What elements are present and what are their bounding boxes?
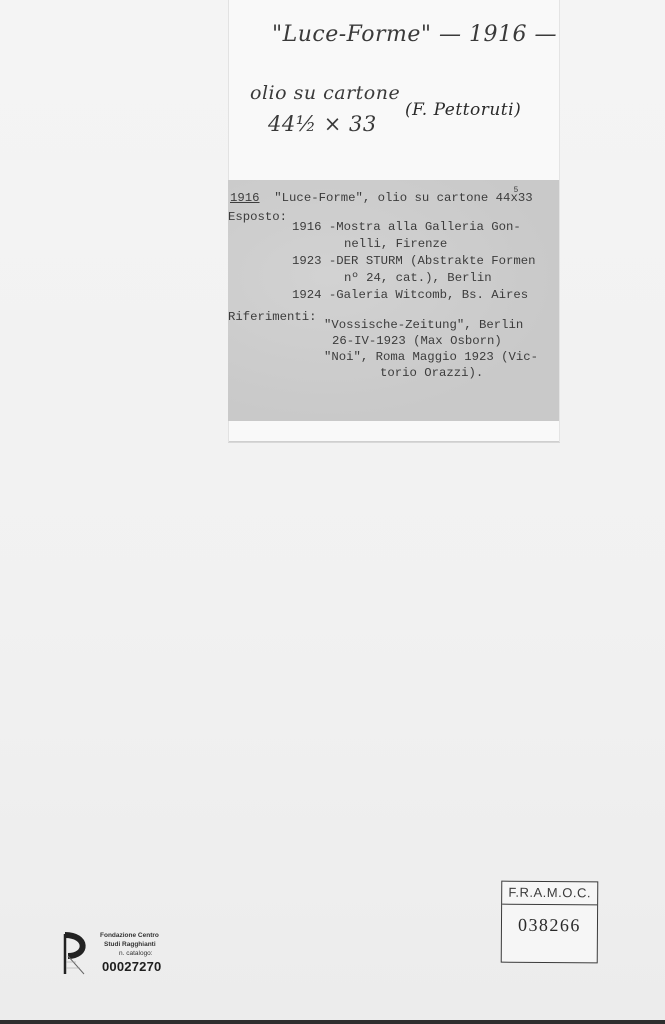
foundation-stamp: Fondazione Centro Studi Ragghianti n. ca… bbox=[62, 928, 182, 978]
handwritten-author: (F. Pettoruti) bbox=[405, 100, 521, 120]
reference-line: torio Orazzi). bbox=[380, 364, 483, 382]
framoc-header: F.R.A.M.O.C. bbox=[502, 882, 597, 906]
catalog-number: 00027270 bbox=[102, 959, 161, 974]
catalog-label: n. catalogo: bbox=[119, 950, 153, 957]
handwritten-dimensions: 44½ × 33 bbox=[268, 112, 377, 136]
ragghianti-r-logo-icon bbox=[62, 932, 90, 976]
label-heading: 1916 "Luce-Forme", olio su cartone 445x3… bbox=[230, 189, 533, 207]
label-heading-text: "Luce-Forme", olio su cartone 44 bbox=[274, 191, 510, 205]
references-label: Riferimenti: bbox=[228, 308, 317, 326]
handwritten-title: "Luce-Forme" — 1916 — bbox=[272, 22, 557, 47]
exhibited-label: Esposto: bbox=[228, 208, 287, 226]
foundation-name-line2: Studi Ragghianti bbox=[104, 941, 156, 948]
exhibition-entry: 1916 -Mostra alla Galleria Gon- bbox=[292, 218, 521, 236]
paper-strip-edge bbox=[229, 441, 559, 442]
scan-bottom-edge bbox=[0, 1020, 665, 1024]
framoc-number: 038266 bbox=[502, 915, 597, 937]
exhibition-entry: 1924 -Galeria Witcomb, Bs. Aires bbox=[292, 286, 528, 304]
foundation-name-line1: Fondazione Centro bbox=[100, 932, 159, 939]
handwritten-medium: olio su cartone bbox=[250, 82, 400, 104]
exhibition-entry: 1923 -DER STURM (Abstrakte Formen bbox=[292, 252, 536, 270]
exhibition-entry-cont: nelli, Firenze bbox=[344, 235, 447, 253]
label-year: 1916 bbox=[230, 191, 260, 205]
framoc-stamp: F.R.A.M.O.C. 038266 bbox=[501, 881, 599, 964]
typed-catalog-label: 1916 "Luce-Forme", olio su cartone 445x3… bbox=[228, 180, 559, 421]
exhibition-entry-cont: nº 24, cat.), Berlin bbox=[344, 269, 492, 287]
label-dimensions-tail: 5x33 bbox=[510, 191, 532, 205]
